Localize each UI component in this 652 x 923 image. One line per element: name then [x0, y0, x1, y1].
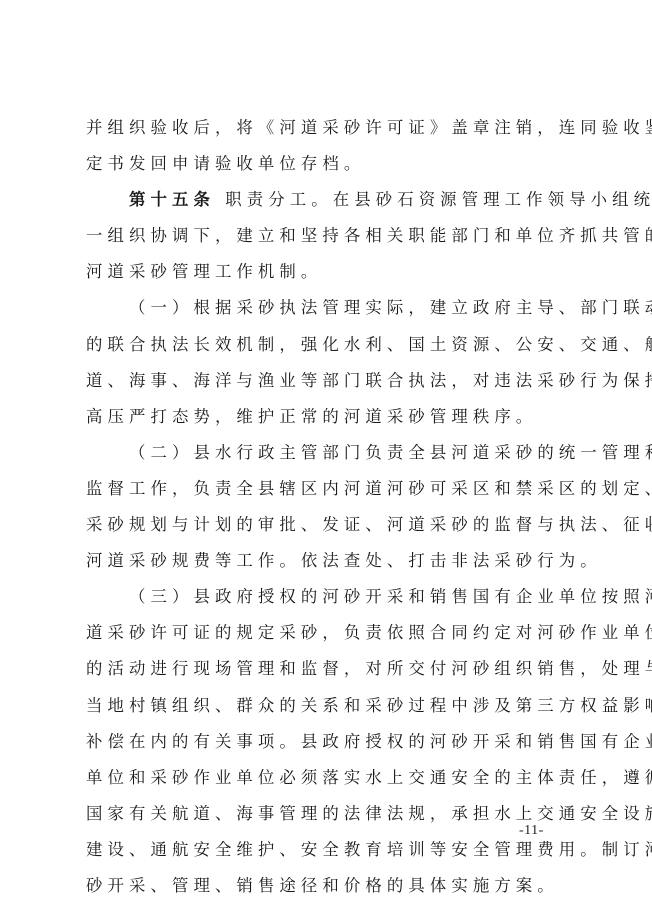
text-line: 采砂规划与计划的审批、发证、河道采砂的监督与执法、征收	[86, 507, 564, 543]
text-line: 补偿在内的有关事项。县政府授权的河砂开采和销售国有企业	[86, 724, 564, 760]
text-line: 当地村镇组织、群众的关系和采砂过程中涉及第三方权益影响	[86, 688, 564, 724]
text-line: 建设、通航安全维护、安全教育培训等安全管理费用。制订河	[86, 832, 564, 868]
article-heading-line: 第十五条 职责分工。在县砂石资源管理工作领导小组统	[86, 182, 564, 218]
text-line: 道、海事、海洋与渔业等部门联合执法，对违法采砂行为保持	[86, 363, 564, 399]
text-line: 一组织协调下，建立和坚持各相关职能部门和单位齐抓共管的	[86, 218, 564, 254]
text-line: 高压严打态势，维护正常的河道采砂管理秩序。	[86, 399, 564, 435]
document-page: 并组织验收后，将《河道采砂许可证》盖章注销，连同验收鉴 定书发回申请验收单位存档…	[0, 0, 652, 923]
clause-3-line: （三）县政府授权的河砂开采和销售国有企业单位按照河	[86, 579, 564, 615]
text-line: 砂开采、管理、销售途径和价格的具体实施方案。	[86, 868, 564, 904]
text-line: 单位和采砂作业单位必须落实水上交通安全的主体责任，遵循	[86, 760, 564, 796]
text-line: 的联合执法长效机制，强化水利、国土资源、公安、交通、航	[86, 327, 564, 363]
text-line: 定书发回申请验收单位存档。	[86, 146, 564, 182]
article-text: 职责分工。在县砂石资源管理工作领导小组统	[215, 190, 652, 209]
article-number: 第十五条	[129, 190, 215, 209]
text-line: 河道采砂管理工作机制。	[86, 254, 564, 290]
text-line: 的活动进行现场管理和监督，对所交付河砂组织销售，处理与	[86, 651, 564, 687]
text-line: 河道采砂规费等工作。依法查处、打击非法采砂行为。	[86, 543, 564, 579]
text-line: 国家有关航道、海事管理的法律法规，承担水上交通安全设施	[86, 796, 564, 832]
clause-2-line: （二）县水行政主管部门负责全县河道采砂的统一管理和	[86, 435, 564, 471]
page-number: -11-	[519, 823, 544, 839]
text-line: 道采砂许可证的规定采砂，负责依照合同约定对河砂作业单位	[86, 615, 564, 651]
clause-1-line: （一）根据采砂执法管理实际，建立政府主导、部门联动	[86, 290, 564, 326]
text-line: 并组织验收后，将《河道采砂许可证》盖章注销，连同验收鉴	[86, 110, 564, 146]
document-body: 并组织验收后，将《河道采砂许可证》盖章注销，连同验收鉴 定书发回申请验收单位存档…	[86, 110, 564, 904]
text-line: 监督工作，负责全县辖区内河道河砂可采区和禁采区的划定、	[86, 471, 564, 507]
